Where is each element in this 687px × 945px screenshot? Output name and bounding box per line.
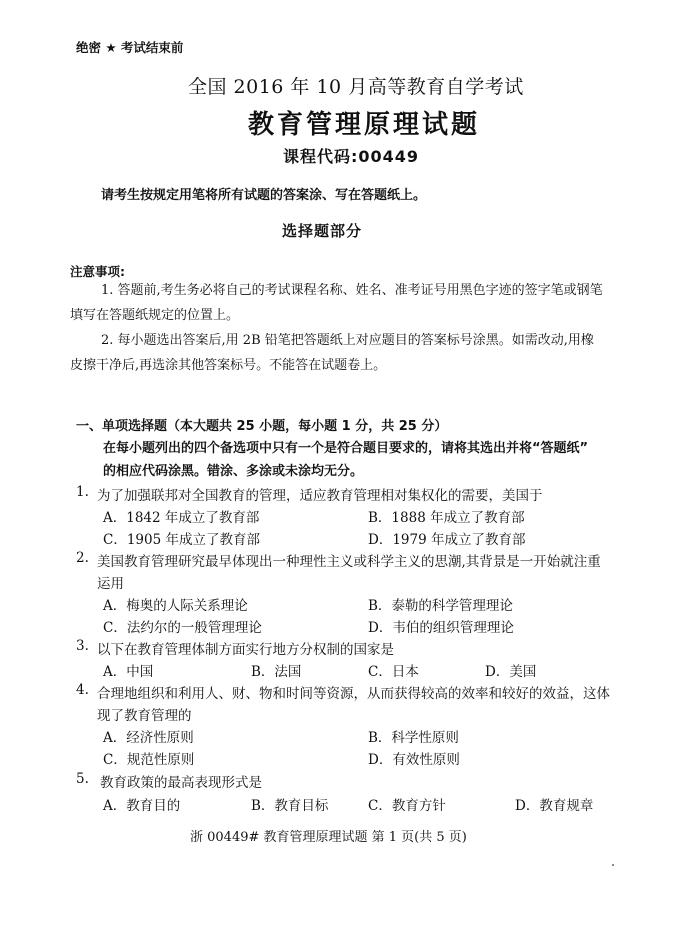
note-line: 2. 每小题选出答案后,用 2B 铅笔把答题纸上对应题目的答案标号涂黑。如需改动… xyxy=(70,328,658,353)
option-b: B．1888 年成立了教育部 xyxy=(368,506,525,526)
course-code: 课程代码:00449 xyxy=(283,144,419,167)
option-a: A．中国 xyxy=(103,660,153,680)
option-b: B．教育目标 xyxy=(251,794,328,814)
option-c: C．日本 xyxy=(368,660,419,680)
option-d: D．韦伯的组织管理理论 xyxy=(368,616,514,636)
option-a: A．梅奥的人际关系理论 xyxy=(103,594,248,614)
note-item: 1. 答题前,考生务必将自己的考试课程名称、姓名、准考证号用黑色字迹的签字笔或钢… xyxy=(70,278,658,328)
option-a: A．教育目的 xyxy=(103,794,180,814)
option-b: B．科学性原则 xyxy=(368,726,459,746)
option-b: B．泰勒的科学管理理论 xyxy=(368,594,513,614)
option-c: C．1905 年成立了教育部 xyxy=(103,528,260,548)
part-description: 在每小题列出的四个备选项中只有一个是符合题目要求的，请将其选出并将“答题纸” xyxy=(103,437,588,456)
option-c: C．规范性原则 xyxy=(103,748,194,768)
section-title: 选择题部分 xyxy=(282,220,362,241)
option-a: A．经济性原则 xyxy=(103,726,194,746)
question-number: 2. xyxy=(76,550,89,566)
note-line: 填写在答题纸规定的位置上。 xyxy=(70,303,658,328)
part-description: 的相应代码涂黑。错涂、多涂或未涂均无分。 xyxy=(103,460,363,479)
question-number: 4. xyxy=(76,682,89,698)
page-title: 教育管理原理试题 xyxy=(248,104,480,141)
note-line: 皮擦干净后,再选涂其他答案标号。不能答在试题卷上。 xyxy=(70,353,658,378)
scan-speck xyxy=(612,864,614,866)
answer-instruction: 请考生按规定用笔将所有试题的答案涂、写在答题纸上。 xyxy=(101,184,426,203)
question-number: 5. xyxy=(76,771,89,787)
question-number: 1. xyxy=(76,484,89,500)
option-d: D．教育规章 xyxy=(515,794,593,814)
option-a: A．1842 年成立了教育部 xyxy=(103,506,259,526)
exam-session-title: 全国 2016 年 10 月高等教育自学考试 xyxy=(188,72,524,99)
question-number: 3. xyxy=(76,638,89,654)
option-b: B．法国 xyxy=(251,660,301,680)
question-text: 为了加强联邦对全国教育的管理，适应教育管理相对集权化的需要，美国于 xyxy=(97,484,543,504)
question-text: 合理地组织和利用人、财、物和时间等资源，从而获得较高的效率和较好的效益，这体 xyxy=(97,682,610,702)
part-heading: 一、单项选择题（本大题共 25 小题，每小题 1 分，共 25 分） xyxy=(76,415,447,434)
option-c: C．法约尔的一般管理理论 xyxy=(103,616,262,636)
question-text-cont: 现了教育管理的 xyxy=(97,704,192,724)
note-item: 2. 每小题选出答案后,用 2B 铅笔把答题纸上对应题目的答案标号涂黑。如需改动… xyxy=(70,328,658,378)
confidential-label: 绝密 ★ 考试结束前 xyxy=(76,38,183,56)
option-d: D．美国 xyxy=(485,660,536,680)
question-text-cont: 运用 xyxy=(97,572,124,592)
option-d: D．1979 年成立了教育部 xyxy=(368,528,525,548)
question-text: 美国教育管理研究最早体现出一种理性主义或科学主义的思潮,其背景是一开始就注重 xyxy=(97,550,601,570)
question-text: 以下在教育管理体制方面实行地方分权制的国家是 xyxy=(97,638,394,658)
question-text: 教育政策的最高表现形式是 xyxy=(100,771,262,791)
option-d: D．有效性原则 xyxy=(368,748,460,768)
note-line: 1. 答题前,考生务必将自己的考试课程名称、姓名、准考证号用黑色字迹的签字笔或钢… xyxy=(70,278,658,303)
page-footer: 浙 00449# 教育管理原理试题 第 1 页(共 5 页) xyxy=(190,826,467,845)
option-c: C．教育方针 xyxy=(368,794,446,814)
